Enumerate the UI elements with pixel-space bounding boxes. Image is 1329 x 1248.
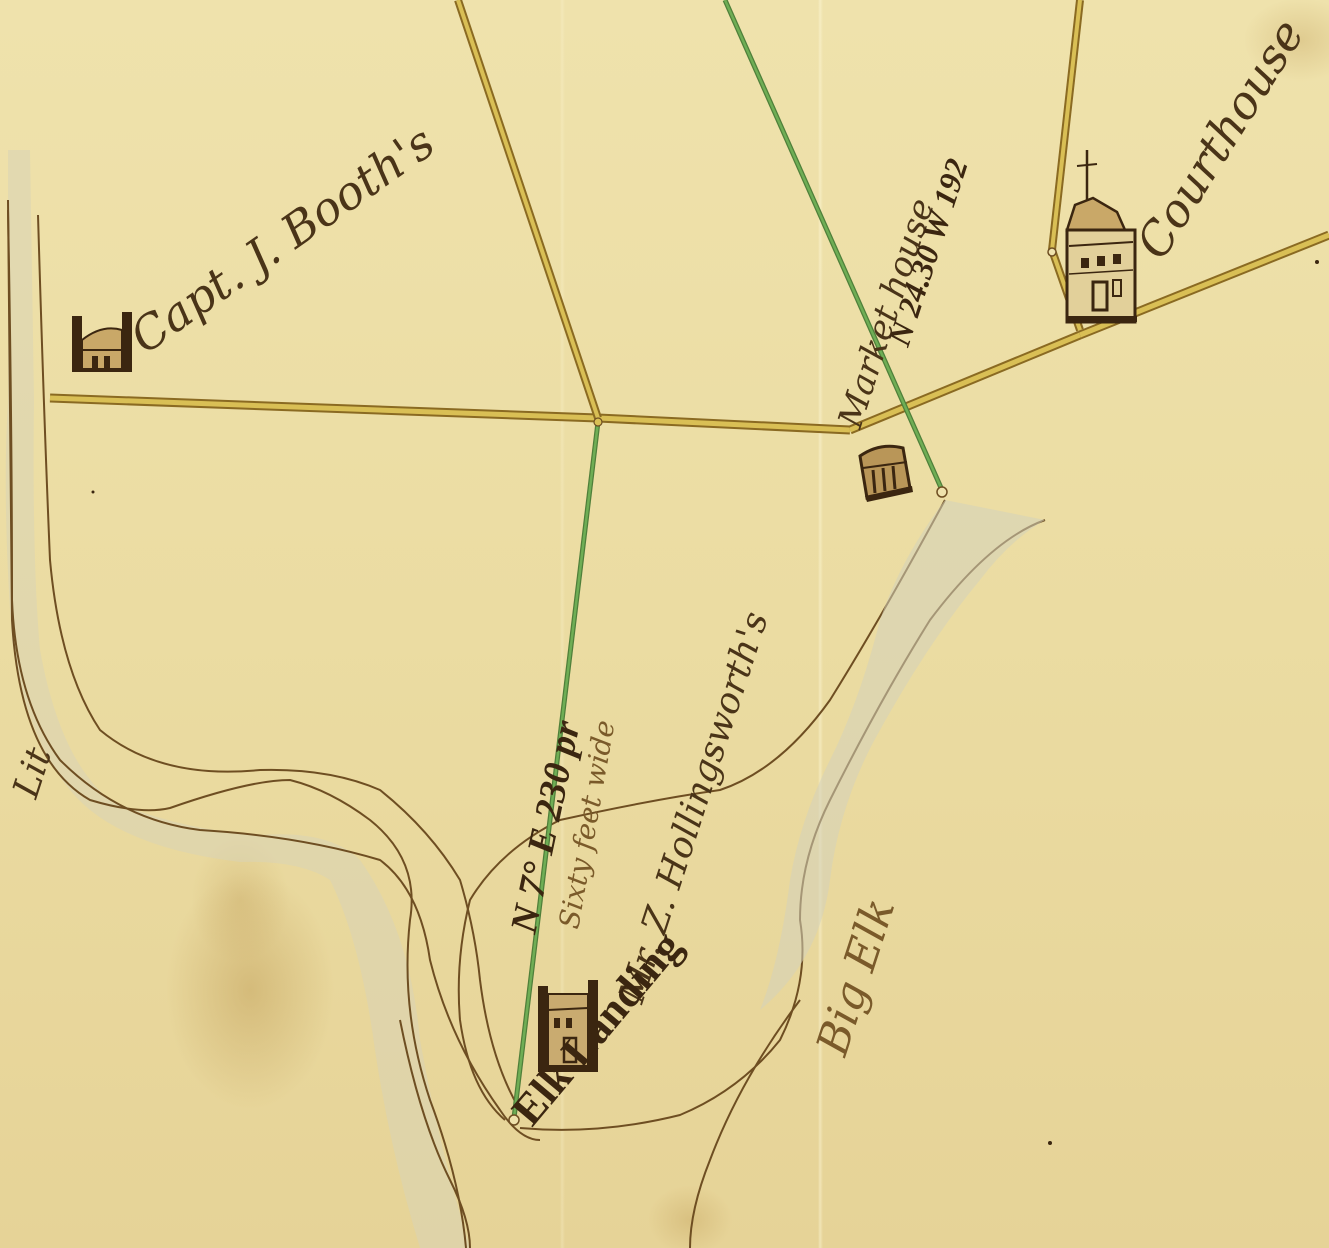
label-capt-booth: Capt. J. Booth's [120, 115, 444, 364]
label-courthouse: Courthouse [1126, 10, 1315, 268]
roads [50, 0, 1329, 430]
map-drawing: Capt. J. Booth's Market house N 24.30 W … [0, 0, 1329, 1248]
survey-point-market-house [937, 487, 947, 497]
survey-point-junction [594, 418, 602, 426]
little-elk-creek [6, 150, 470, 1248]
market-house-icon [860, 446, 913, 502]
map-canvas: Capt. J. Booth's Market house N 24.30 W … [0, 0, 1329, 1248]
